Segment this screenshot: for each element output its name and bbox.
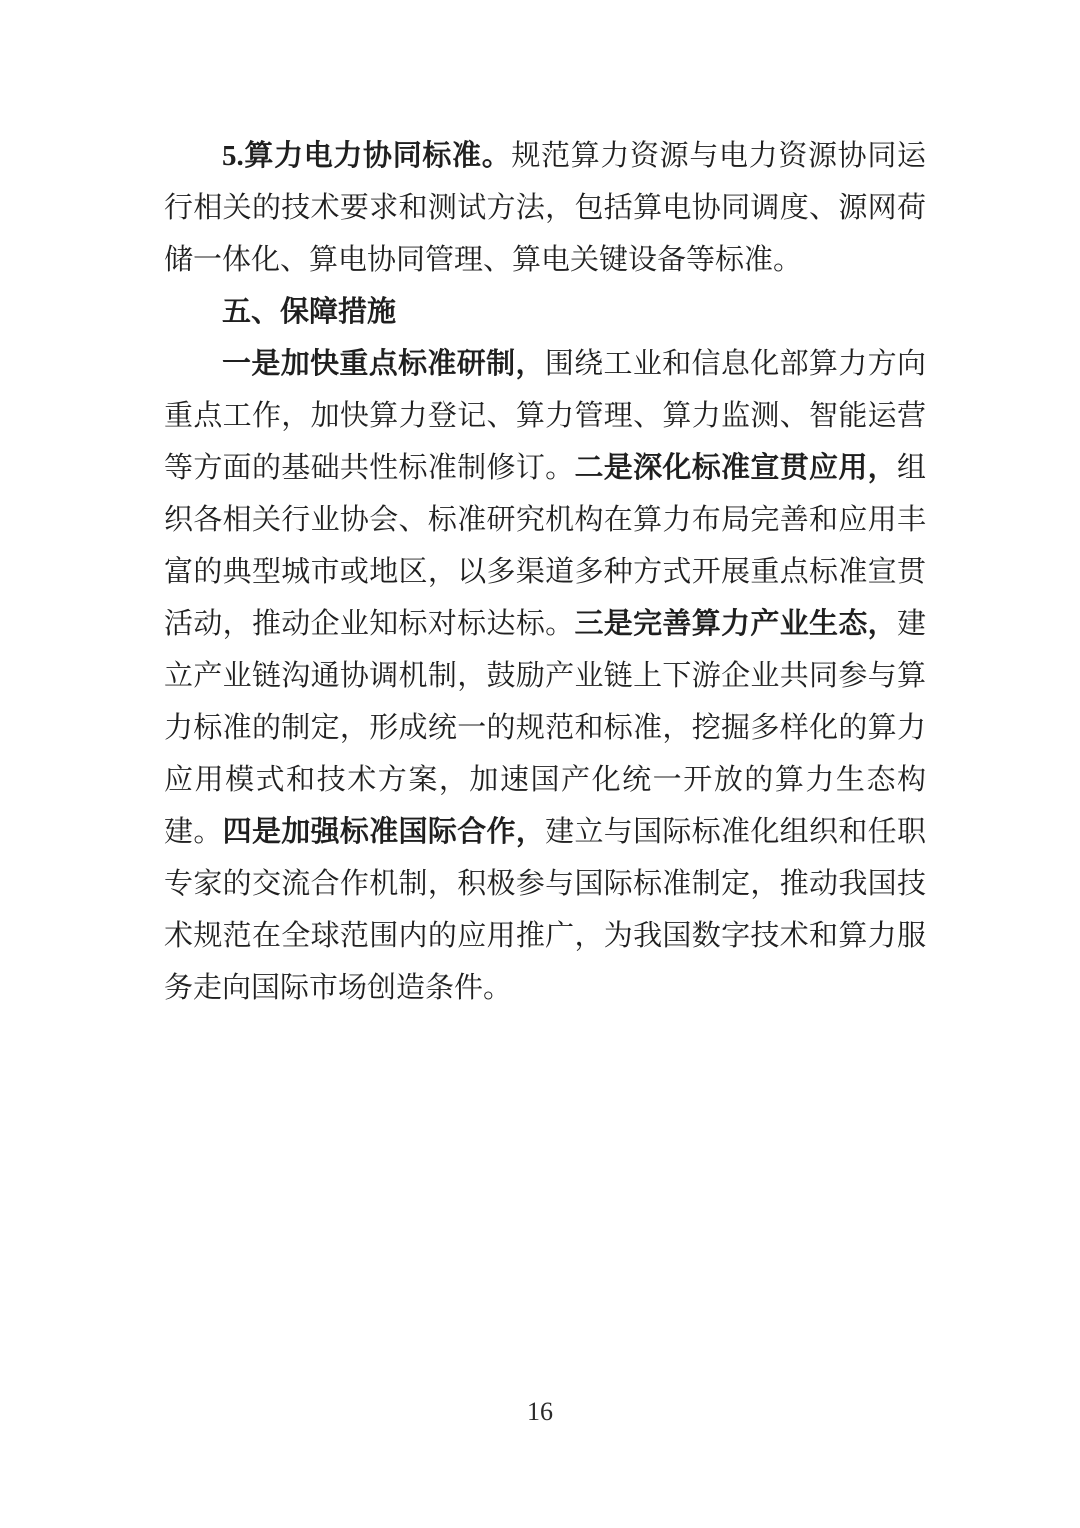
measure-3-label: 三是完善算力产业生态， [574,608,897,640]
item5-label: 5.算力电力协同标准。 [222,140,511,172]
document-body: 5.算力电力协同标准。规范算力资源与电力资源协同运行相关的技术要求和测试方法，包… [164,130,926,1014]
measure-1-label: 一是加快重点标准研制， [222,348,545,380]
measure-2-label: 二是深化标准宣贯应用， [574,452,897,484]
paragraph-measures: 一是加快重点标准研制，围绕工业和信息化部算力方向重点工作，加快算力登记、算力管理… [164,338,926,1014]
section-heading: 五、保障措施 [164,286,926,338]
paragraph-item5: 5.算力电力协同标准。规范算力资源与电力资源协同运行相关的技术要求和测试方法，包… [164,130,926,286]
measure-3-body: 建立产业链沟通协调机制，鼓励产业链上下游企业共同参与算力标准的制定，形成统一的规… [164,608,926,848]
document-page: 5.算力电力协同标准。规范算力资源与电力资源协同运行相关的技术要求和测试方法，包… [0,0,1080,1528]
measure-4-label: 四是加强标准国际合作， [223,816,546,848]
page-number: 16 [0,1396,1080,1428]
